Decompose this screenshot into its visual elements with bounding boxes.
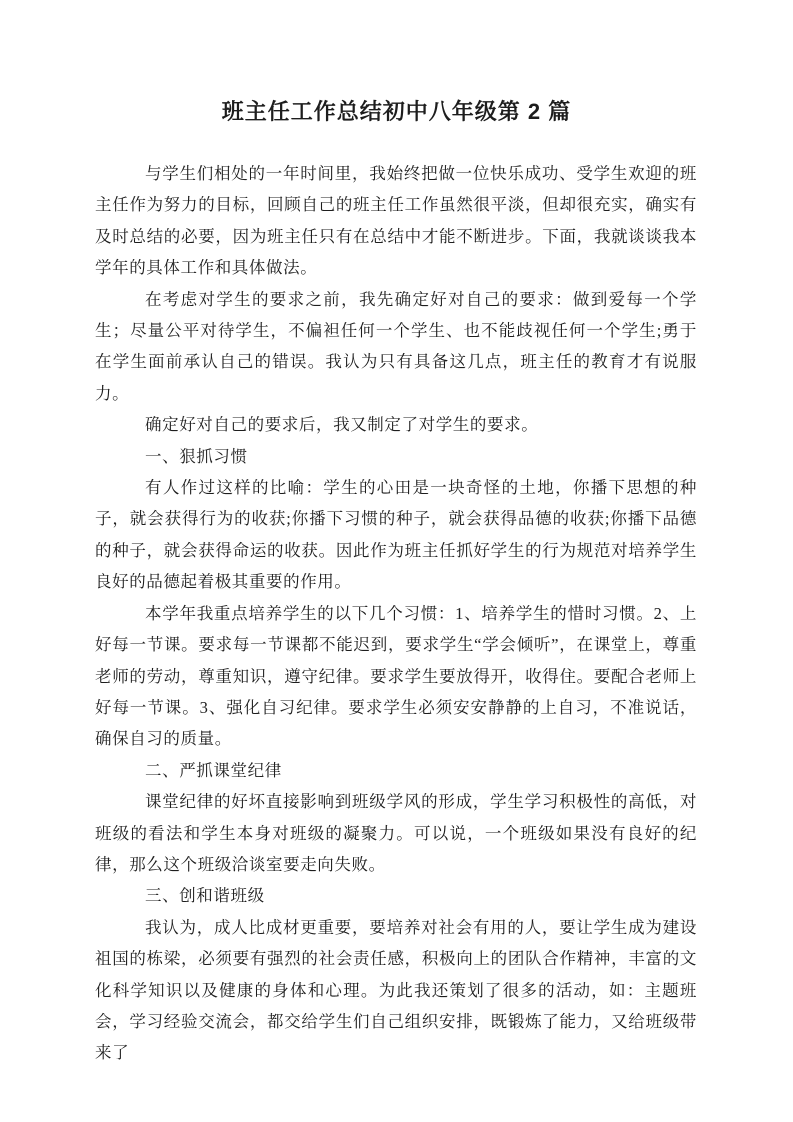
document-body: 与学生们相处的一年时间里，我始终把做一位快乐成功、受学生欢迎的班主任作为努力的目… (95, 158, 697, 1069)
paragraph: 与学生们相处的一年时间里，我始终把做一位快乐成功、受学生欢迎的班主任作为努力的目… (95, 158, 697, 284)
paragraph: 本学年我重点培养学生的以下几个习惯：1、培养学生的惜时习惯。2、上好每一节课。要… (95, 598, 697, 755)
paragraph: 我认为，成人比成材更重要，要培养对社会有用的人，要让学生成为建设祖国的栋梁，必须… (95, 912, 697, 1069)
paragraph: 有人作过这样的比喻：学生的心田是一块奇怪的土地，你播下思想的种子，就会获得行为的… (95, 472, 697, 598)
paragraph: 确定好对自己的要求后，我又制定了对学生的要求。 (95, 409, 697, 440)
paragraph: 在考虑对学生的要求之前，我先确定好对自己的要求：做到爱每一个学生；尽量公平对待学… (95, 284, 697, 410)
section-heading: 一、狠抓习惯 (95, 441, 697, 472)
paragraph: 课堂纪律的好坏直接影响到班级学风的形成，学生学习积极性的高低，对班级的看法和学生… (95, 786, 697, 880)
section-heading: 三、创和谐班级 (95, 880, 697, 911)
document-page: 班主任工作总结初中八年级第 2 篇 与学生们相处的一年时间里，我始终把做一位快乐… (0, 0, 793, 1122)
page-title: 班主任工作总结初中八年级第 2 篇 (95, 96, 698, 128)
section-heading: 二、严抓课堂纪律 (95, 755, 697, 786)
